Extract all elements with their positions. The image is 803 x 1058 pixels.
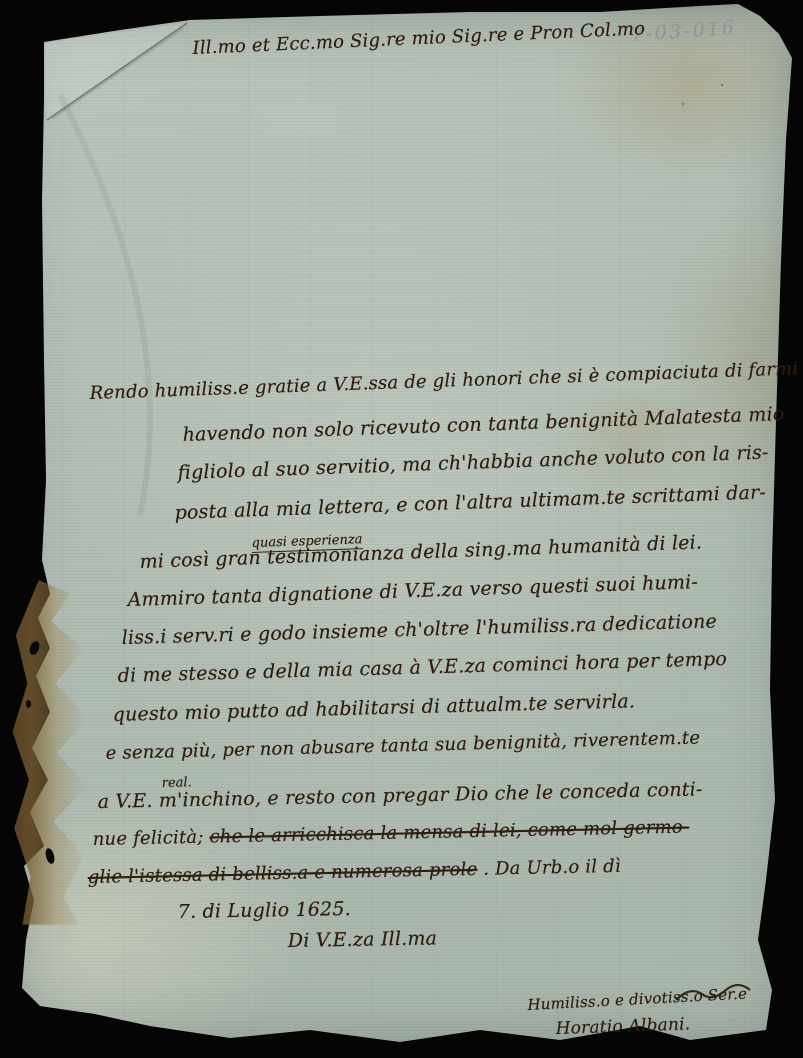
closing-line: Di V.E.za Ill.ma (288, 927, 438, 952)
letter-paper-sheet (0, 0, 803, 1058)
wormhole (28, 640, 41, 656)
body-line-12-kept: nue felicità; (93, 827, 204, 850)
wormhole (26, 700, 31, 708)
photo-background: { "document": { "kind": "handwritten-let… (0, 0, 803, 1058)
signature-name: Horatio Albani. (555, 1014, 690, 1039)
date-line: 7. di Luglio 1625. (178, 898, 351, 923)
body-line-13-dateline: . Da Urb.o il dì (483, 856, 621, 880)
